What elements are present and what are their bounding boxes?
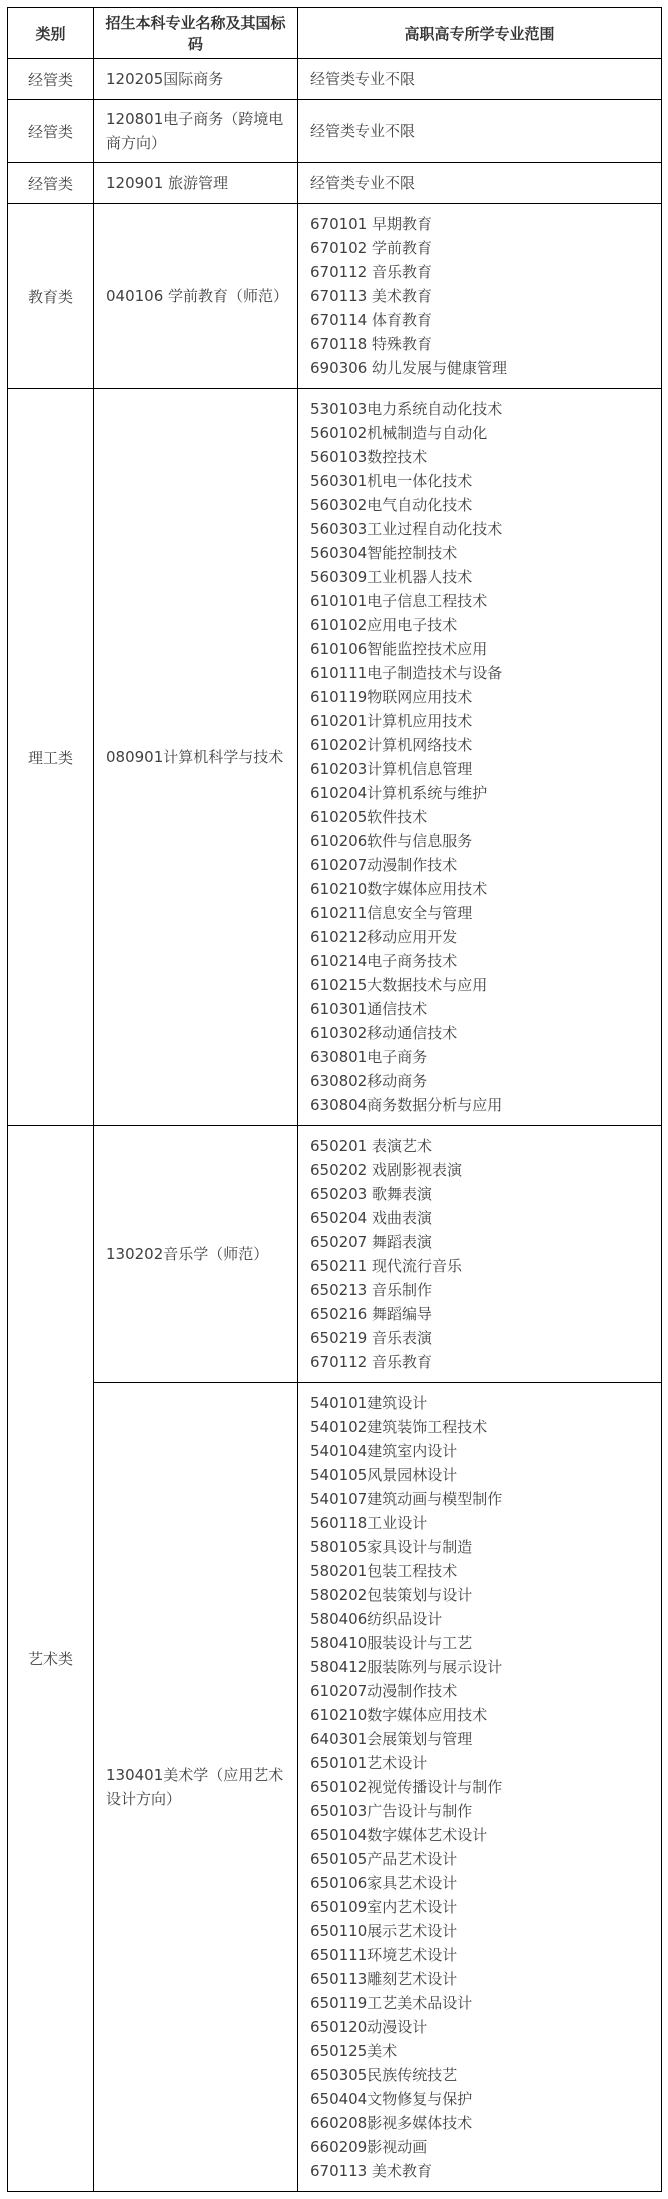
specialty-item: 650111环境艺术设计: [310, 1943, 651, 1967]
specialty-item: 560303工业过程自动化技术: [310, 517, 651, 541]
specialties-cell: 经管类专业不限: [298, 100, 662, 163]
category-cell: 艺术类: [8, 1126, 94, 2192]
specialty-item: 560304智能控制技术: [310, 541, 651, 565]
category-cell: 经管类: [8, 163, 94, 204]
specialty-item: 560309工业机器人技术: [310, 565, 651, 589]
specialty-item: 690306 幼儿发展与健康管理: [310, 356, 651, 380]
specialty-item: 650213 音乐制作: [310, 1278, 651, 1302]
table-body: 经管类120205国际商务经管类专业不限经管类120801电子商务（跨境电商方向…: [8, 59, 662, 2192]
specialty-item: 670114 体育教育: [310, 308, 651, 332]
specialty-item: 650109室内艺术设计: [310, 1895, 651, 1919]
specialty-item: 650103广告设计与制作: [310, 1799, 651, 1823]
specialty-item: 580412服装陈列与展示设计: [310, 1655, 651, 1679]
specialty-item: 660208影视多媒体技术: [310, 2111, 651, 2135]
specialty-item: 经管类专业不限: [310, 119, 651, 143]
majors-table: 类别 招生本科专业名称及其国标码 高职高专所学专业范围 经管类120205国际商…: [7, 7, 662, 2192]
specialty-item: 650113雕刻艺术设计: [310, 1967, 651, 1991]
specialty-item: 610206软件与信息服务: [310, 829, 651, 853]
specialty-item: 610301通信技术: [310, 997, 651, 1021]
specialty-item: 610101电子信息工程技术: [310, 589, 651, 613]
header-major: 招生本科专业名称及其国标码: [94, 8, 298, 59]
specialty-item: 580406纺织品设计: [310, 1607, 651, 1631]
category-cell: 经管类: [8, 59, 94, 100]
specialty-item: 580201包装工程技术: [310, 1559, 651, 1583]
specialty-item: 610215大数据技术与应用: [310, 973, 651, 997]
specialty-item: 650201 表演艺术: [310, 1134, 651, 1158]
specialty-item: 650125美术: [310, 2039, 651, 2063]
specialties-cell: 530103电力系统自动化技术560102机械制造与自动化560103数控技术5…: [298, 389, 662, 1126]
table-row: 经管类120205国际商务经管类专业不限: [8, 59, 662, 100]
specialty-item: 650105产品艺术设计: [310, 1847, 651, 1871]
specialty-item: 580410服装设计与工艺: [310, 1631, 651, 1655]
specialty-item: 610207动漫制作技术: [310, 1679, 651, 1703]
specialty-item: 610203计算机信息管理: [310, 757, 651, 781]
specialties-cell: 540101建筑设计540102建筑装饰工程技术540104建筑室内设计5401…: [298, 1383, 662, 2192]
specialty-item: 650305民族传统技艺: [310, 2063, 651, 2087]
specialties-cell: 670101 早期教育670102 学前教育670112 音乐教育670113 …: [298, 204, 662, 389]
major-cell: 130401美术学（应用艺术设计方向）: [94, 1383, 298, 2192]
specialty-item: 650216 舞蹈编导: [310, 1302, 651, 1326]
specialty-item: 经管类专业不限: [310, 67, 651, 91]
specialty-item: 650211 现代流行音乐: [310, 1254, 651, 1278]
specialty-item: 610210数字媒体应用技术: [310, 1703, 651, 1727]
table-row: 理工类080901计算机科学与技术530103电力系统自动化技术560102机械…: [8, 389, 662, 1126]
specialty-item: 670112 音乐教育: [310, 260, 651, 284]
specialty-item: 650102视觉传播设计与制作: [310, 1775, 651, 1799]
specialty-item: 670113 美术教育: [310, 2159, 651, 2183]
table-row: 教育类040106 学前教育（师范）670101 早期教育670102 学前教育…: [8, 204, 662, 389]
major-cell: 040106 学前教育（师范）: [94, 204, 298, 389]
specialty-item: 670112 音乐教育: [310, 1350, 651, 1374]
specialty-item: 540105风景园林设计: [310, 1463, 651, 1487]
header-category: 类别: [8, 8, 94, 59]
specialty-item: 670113 美术教育: [310, 284, 651, 308]
specialty-item: 560302电气自动化技术: [310, 493, 651, 517]
specialty-item: 560102机械制造与自动化: [310, 421, 651, 445]
specialty-item: 650207 舞蹈表演: [310, 1230, 651, 1254]
specialty-item: 610202计算机网络技术: [310, 733, 651, 757]
specialty-item: 610210数字媒体应用技术: [310, 877, 651, 901]
specialties-cell: 经管类专业不限: [298, 59, 662, 100]
major-cell: 120801电子商务（跨境电商方向）: [94, 100, 298, 163]
specialties-cell: 经管类专业不限: [298, 163, 662, 204]
specialty-item: 650101艺术设计: [310, 1751, 651, 1775]
specialty-item: 610119物联网应用技术: [310, 685, 651, 709]
header-specialty-range: 高职高专所学专业范围: [298, 8, 662, 59]
specialty-item: 610212移动应用开发: [310, 925, 651, 949]
specialty-item: 670118 特殊教育: [310, 332, 651, 356]
specialty-item: 610102应用电子技术: [310, 613, 651, 637]
specialty-item: 560118工业设计: [310, 1511, 651, 1535]
specialty-item: 530103电力系统自动化技术: [310, 397, 651, 421]
specialty-item: 580202包装策划与设计: [310, 1583, 651, 1607]
specialty-item: 610106智能监控技术应用: [310, 637, 651, 661]
specialty-item: 650203 歌舞表演: [310, 1182, 651, 1206]
table-row: 艺术类130202音乐学（师范）650201 表演艺术650202 戏剧影视表演…: [8, 1126, 662, 1383]
specialty-item: 660209影视动画: [310, 2135, 651, 2159]
specialties-cell: 650201 表演艺术650202 戏剧影视表演650203 歌舞表演65020…: [298, 1126, 662, 1383]
specialty-item: 610204计算机系统与维护: [310, 781, 651, 805]
specialty-item: 650119工艺美术品设计: [310, 1991, 651, 2015]
specialty-item: 经管类专业不限: [310, 171, 651, 195]
specialty-item: 650104数字媒体艺术设计: [310, 1823, 651, 1847]
table-row: 130401美术学（应用艺术设计方向）540101建筑设计540102建筑装饰工…: [8, 1383, 662, 2192]
table-row: 经管类120901 旅游管理经管类专业不限: [8, 163, 662, 204]
major-cell: 130202音乐学（师范）: [94, 1126, 298, 1383]
specialty-item: 670101 早期教育: [310, 212, 651, 236]
specialty-item: 650204 戏曲表演: [310, 1206, 651, 1230]
category-cell: 教育类: [8, 204, 94, 389]
header-row: 类别 招生本科专业名称及其国标码 高职高专所学专业范围: [8, 8, 662, 59]
specialty-item: 540107建筑动画与模型制作: [310, 1487, 651, 1511]
specialty-item: 670102 学前教育: [310, 236, 651, 260]
specialty-item: 540104建筑室内设计: [310, 1439, 651, 1463]
specialty-item: 610207动漫制作技术: [310, 853, 651, 877]
specialty-item: 580105家具设计与制造: [310, 1535, 651, 1559]
specialty-item: 650106家具艺术设计: [310, 1871, 651, 1895]
specialty-item: 650120动漫设计: [310, 2015, 651, 2039]
specialty-item: 640301会展策划与管理: [310, 1727, 651, 1751]
major-cell: 120901 旅游管理: [94, 163, 298, 204]
specialty-item: 650110展示艺术设计: [310, 1919, 651, 1943]
table-row: 经管类120801电子商务（跨境电商方向）经管类专业不限: [8, 100, 662, 163]
specialty-item: 610214电子商务技术: [310, 949, 651, 973]
specialty-item: 610201计算机应用技术: [310, 709, 651, 733]
specialty-item: 650202 戏剧影视表演: [310, 1158, 651, 1182]
specialty-item: 630802移动商务: [310, 1069, 651, 1093]
specialty-item: 610205软件技术: [310, 805, 651, 829]
specialty-item: 610211信息安全与管理: [310, 901, 651, 925]
page: 类别 招生本科专业名称及其国标码 高职高专所学专业范围 经管类120205国际商…: [0, 0, 668, 2199]
specialty-item: 650404文物修复与保护: [310, 2087, 651, 2111]
specialty-item: 610302移动通信技术: [310, 1021, 651, 1045]
specialty-item: 540101建筑设计: [310, 1391, 651, 1415]
specialty-item: 540102建筑装饰工程技术: [310, 1415, 651, 1439]
major-cell: 120205国际商务: [94, 59, 298, 100]
specialty-item: 650219 音乐表演: [310, 1326, 651, 1350]
category-cell: 经管类: [8, 100, 94, 163]
specialty-item: 630804商务数据分析与应用: [310, 1093, 651, 1117]
specialty-item: 560301机电一体化技术: [310, 469, 651, 493]
major-cell: 080901计算机科学与技术: [94, 389, 298, 1126]
specialty-item: 610111电子制造技术与设备: [310, 661, 651, 685]
specialty-item: 630801电子商务: [310, 1045, 651, 1069]
specialty-item: 560103数控技术: [310, 445, 651, 469]
category-cell: 理工类: [8, 389, 94, 1126]
